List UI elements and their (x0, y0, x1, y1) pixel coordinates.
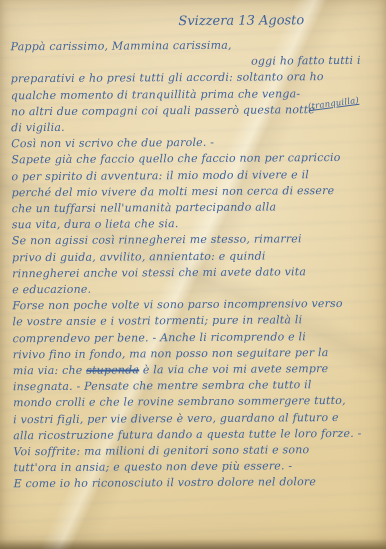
letter-body: Pappà carissimo, Mammina carissima,oggi … (11, 37, 378, 493)
letter-page: Svizzera 13 Agosto Pappà carissimo, Mamm… (0, 0, 386, 549)
scan-bottom-edge (0, 539, 386, 549)
struck-word: stupenda (86, 363, 139, 376)
letter-line: E come io ho riconosciuto il vostro dolo… (14, 474, 378, 493)
letter-content: Svizzera 13 Agosto Pappà carissimo, Mamm… (10, 13, 377, 493)
line-text: è la via che voi mi avete sempre (139, 362, 328, 376)
line-text: mia via: che (13, 364, 86, 378)
place-date-heading: Svizzera 13 Agosto (10, 13, 374, 31)
